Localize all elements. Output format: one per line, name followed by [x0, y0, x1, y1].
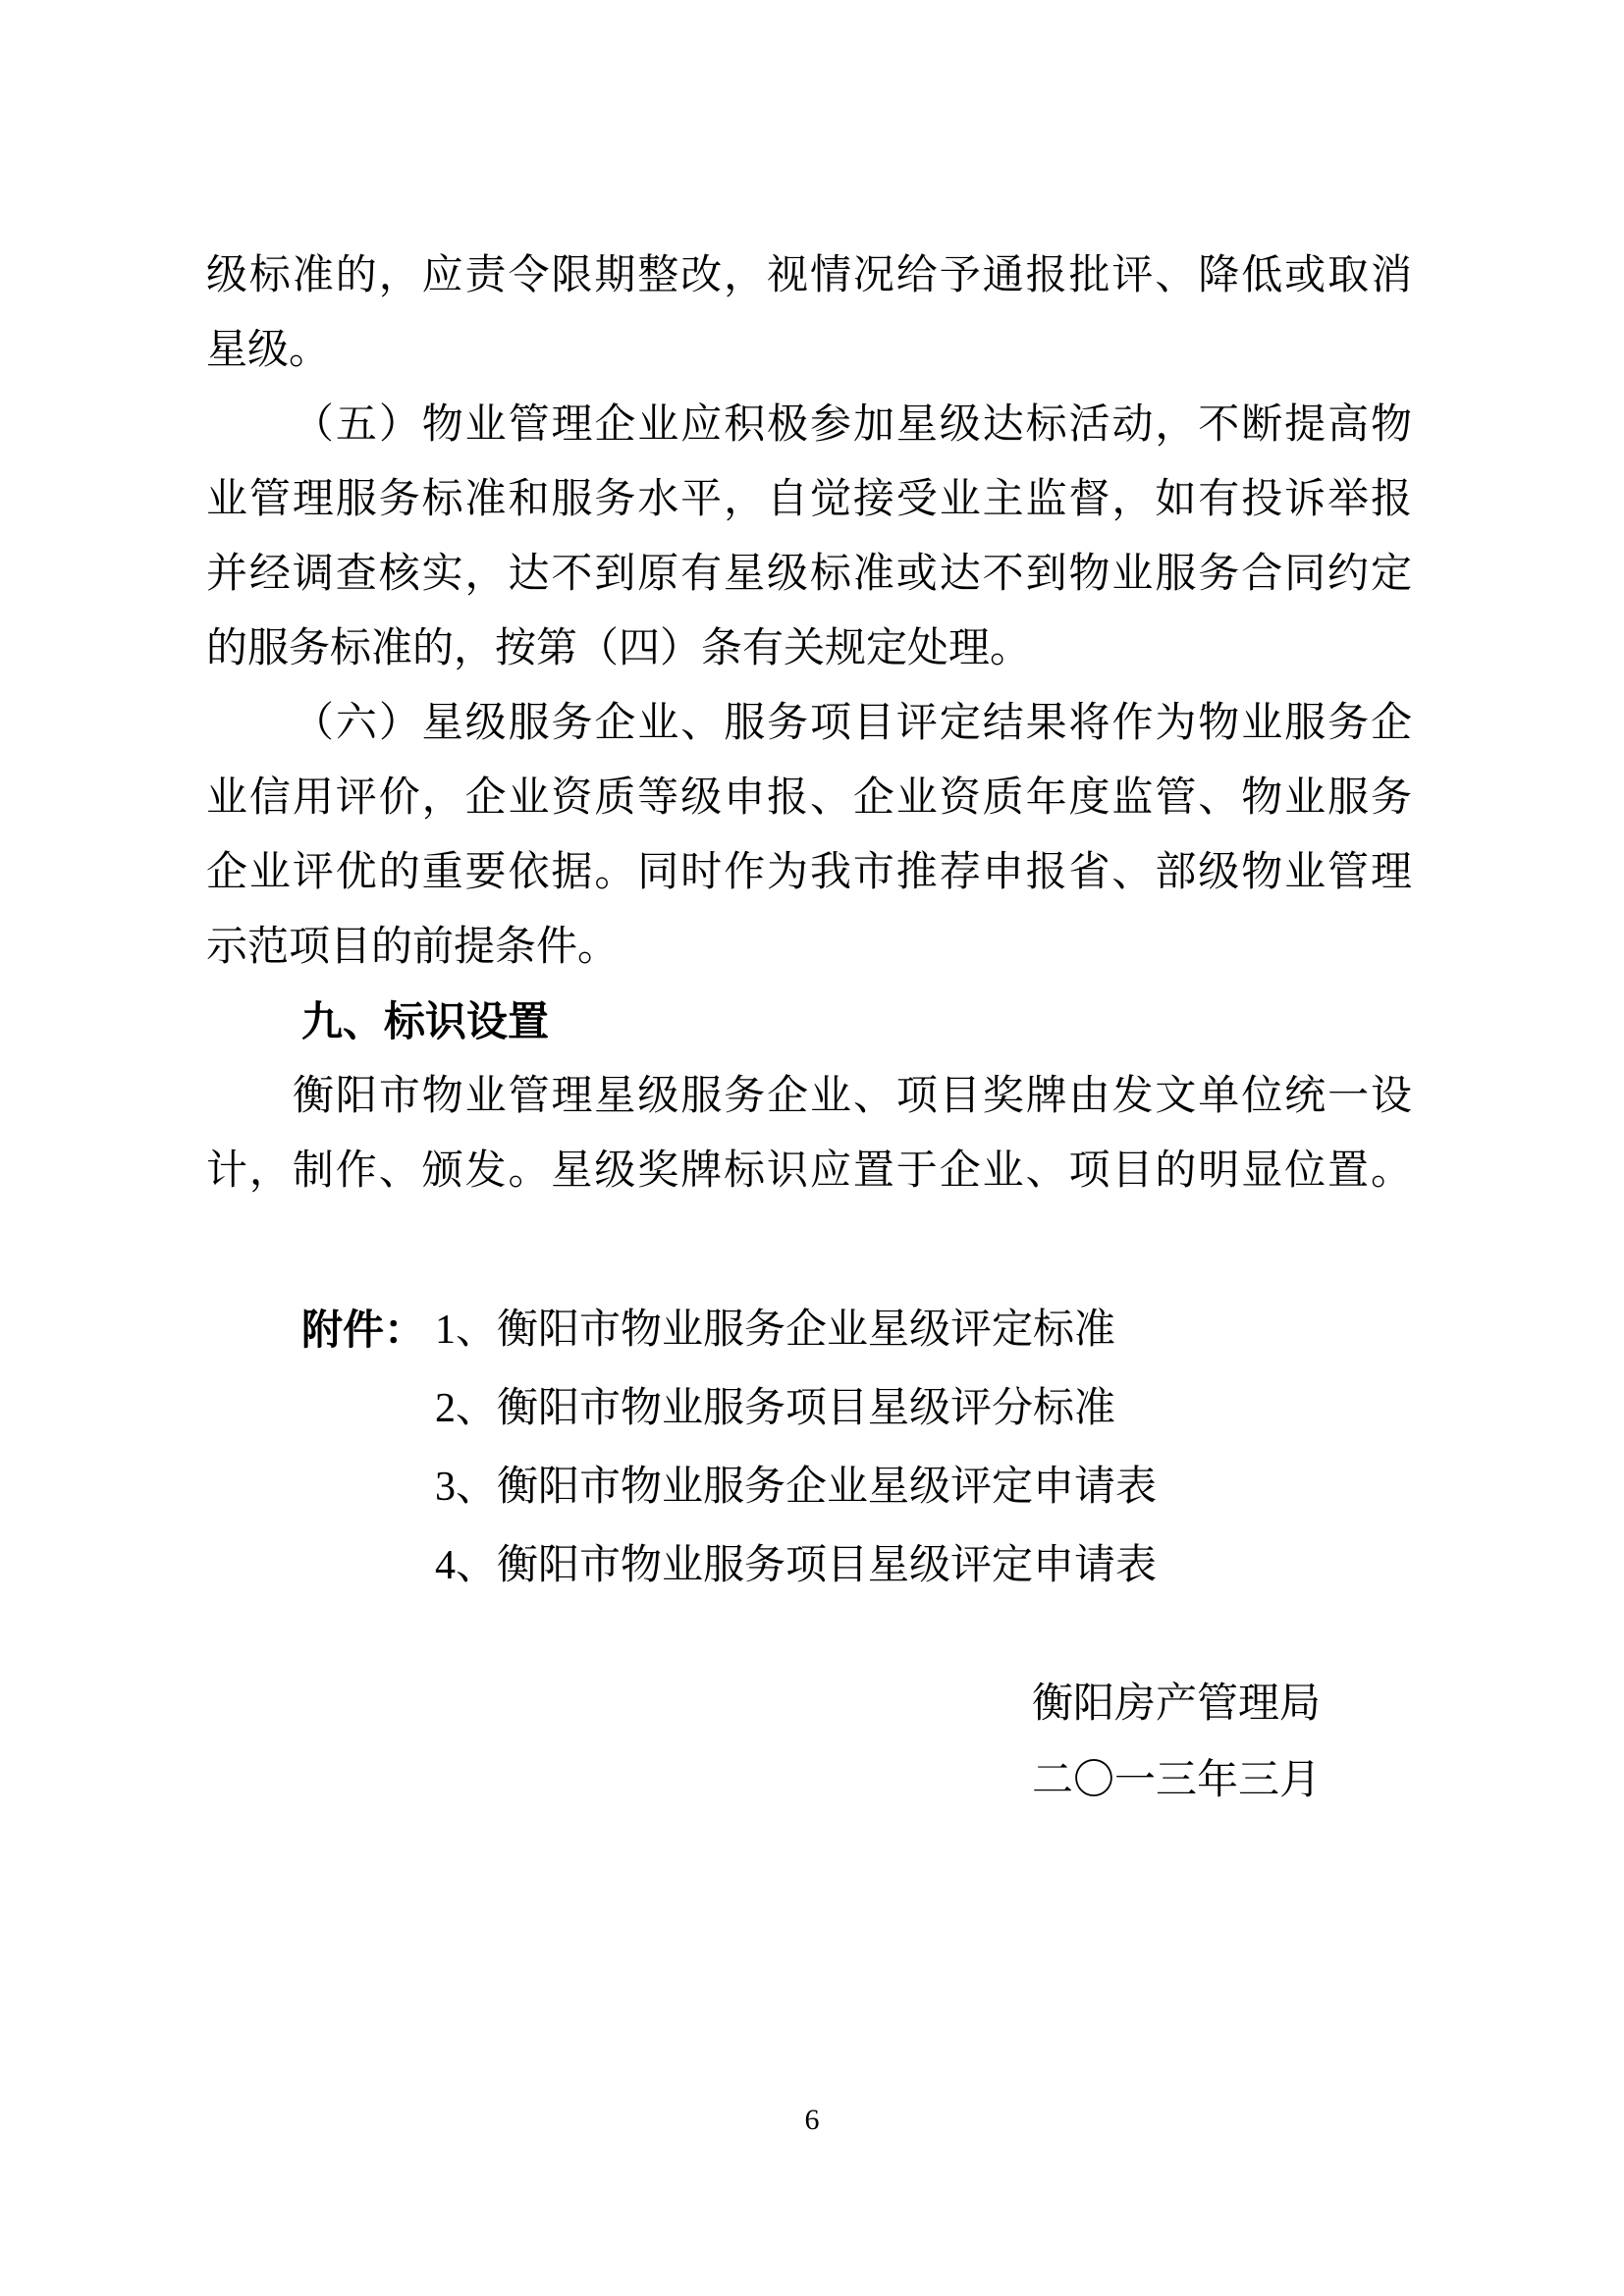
body-line: 的服务标准的，按第（四）条有关规定处理。 [206, 612, 1412, 686]
page-number: 6 [0, 2101, 1624, 2140]
section-heading: 九、标识设置 [206, 985, 1412, 1059]
body-line: 企业评优的重要依据。同时作为我市推荐申报省、部级物业管理 [206, 835, 1412, 910]
body-line: 级标准的，应责令限期整改，视情况给予通报批评、降低或取消 [206, 239, 1412, 313]
body-line: （五）物业管理企业应积极参加星级达标活动，不断提高物 [206, 388, 1412, 462]
attachment-item: 3、衡阳市物业服务企业星级评定申请表 [435, 1448, 1157, 1526]
body-line: （六）星级服务企业、服务项目评定结果将作为物业服务企 [206, 686, 1412, 761]
document-page: 级标准的，应责令限期整改，视情况给予通报批评、降低或取消 星级。 （五）物业管理… [0, 0, 1624, 2296]
body-line: 衡阳市物业管理星级服务企业、项目奖牌由发文单位统一设 [206, 1059, 1412, 1134]
signature-date: 二〇一三年三月 [206, 1742, 1321, 1819]
body-line: 业信用评价，企业资质等级申报、企业资质年度监管、物业服务 [206, 761, 1412, 835]
body-line: 计，制作、颁发。星级奖牌标识应置于企业、项目的明显位置。 [206, 1134, 1412, 1208]
attachments-block: 附件： 1、衡阳市物业服务企业星级评定标准 2、衡阳市物业服务项目星级评分标准 … [206, 1291, 1412, 1605]
body-line: 并经调查核实，达不到原有星级标准或达不到物业服务合同约定 [206, 537, 1412, 612]
attachments-label: 附件： [301, 1291, 425, 1369]
signature-block: 衡阳房产管理局 二〇一三年三月 [206, 1666, 1412, 1819]
body-line: 星级。 [206, 313, 1412, 388]
attachment-item: 1、衡阳市物业服务企业星级评定标准 [435, 1291, 1157, 1369]
attachments-list: 1、衡阳市物业服务企业星级评定标准 2、衡阳市物业服务项目星级评分标准 3、衡阳… [435, 1291, 1157, 1605]
document-body: 级标准的，应责令限期整改，视情况给予通报批评、降低或取消 星级。 （五）物业管理… [206, 239, 1412, 1819]
attachment-item: 2、衡阳市物业服务项目星级评分标准 [435, 1369, 1157, 1448]
body-line: 业管理服务标准和服务水平，自觉接受业主监督，如有投诉举报 [206, 462, 1412, 537]
attachment-item: 4、衡阳市物业服务项目星级评定申请表 [435, 1526, 1157, 1605]
signature-org: 衡阳房产管理局 [206, 1666, 1321, 1742]
body-line: 示范项目的前提条件。 [206, 910, 1412, 985]
